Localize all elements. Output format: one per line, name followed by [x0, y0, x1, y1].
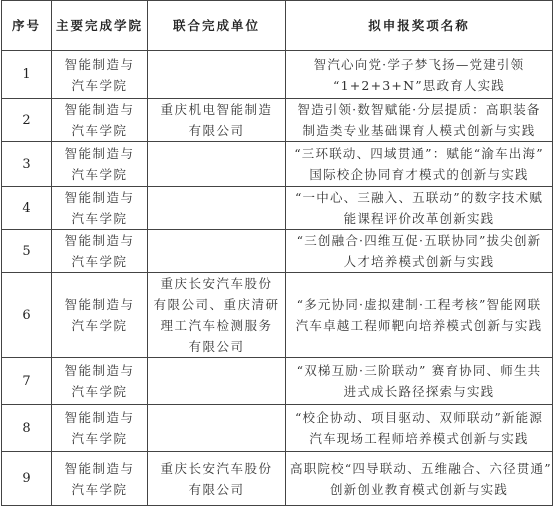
cell-award: 高职院校“四导联动、五维融合、六径贯通”创新创业教育模式创新与实践 [286, 452, 553, 501]
cell-award: “双梯互励·三阶联动” 赛育协同、师生共进式成长路径探索与实践 [286, 358, 553, 405]
table-row: 1智能制造与汽车学院智汽心向党·学子梦飞扬—党建引领“1+2+3+N”思政育人实… [2, 51, 553, 99]
header-college: 主要完成学院 [52, 1, 148, 51]
cell-award-line: “多元协同·虚拟建制·工程考核”智能网联 [290, 294, 548, 315]
cell-college-line: 智能制造与 [56, 187, 143, 208]
cell-award: “三环联动、四域贯通”：赋能“渝车出海”国际校企协同育才模式的创新与实践 [286, 142, 553, 187]
cell-partner-line: 理工汽车检测服务 [152, 315, 281, 336]
header-no: 序号 [2, 1, 52, 51]
cell-college-line: 汽车学院 [56, 164, 143, 185]
cell-college: 智能制造与汽车学院 [52, 99, 148, 142]
cell-award-line: “1+2+3+N”思政育人实践 [290, 75, 548, 96]
cell-college-line: 智能制造与 [56, 54, 143, 75]
cell-college-line: 汽车学院 [56, 381, 143, 402]
cell-college: 智能制造与汽车学院 [52, 273, 148, 358]
cell-award: 智造引领·数智赋能·分层提质：高职装备制造类专业基础课育人模式创新与实践 [286, 99, 553, 142]
cell-award-line: “三环联动、四域贯通”：赋能“渝车出海” [290, 143, 548, 164]
header-partner: 联合完成单位 [148, 1, 286, 51]
awards-table: 序号 主要完成学院 联合完成单位 拟申报奖项名称 1智能制造与汽车学院智汽心向党… [1, 0, 553, 500]
cell-award-line: “一中心、三融入、五联动”的数字技术赋 [290, 187, 548, 208]
cell-college-line: 汽车学院 [56, 315, 143, 336]
cell-award: “多元协同·虚拟建制·工程考核”智能网联汽车卓越工程师靶向培养模式创新与实践 [286, 273, 553, 358]
cell-no: 5 [2, 230, 52, 273]
header-row: 序号 主要完成学院 联合完成单位 拟申报奖项名称 [2, 1, 553, 51]
cell-college-line: 汽车学院 [56, 75, 143, 96]
cell-college-line: 汽车学院 [56, 120, 143, 141]
cell-partner-line: 有限公司 [152, 336, 281, 357]
cell-partner-line: 重庆机电智能制造 [152, 99, 281, 120]
cell-partner-line: 重庆长安汽车股份 [152, 273, 281, 294]
cell-college-line: 智能制造与 [56, 99, 143, 120]
cell-college-line: 智能制造与 [56, 143, 143, 164]
cell-partner [148, 142, 286, 187]
cell-partner [148, 230, 286, 273]
cell-partner [148, 358, 286, 405]
cell-college: 智能制造与汽车学院 [52, 51, 148, 99]
cell-award-line: 创新创业教育模式创新与实践 [290, 479, 548, 500]
table-row: 5智能制造与汽车学院“三创融合·四维互促·五联协同”拔尖创新人才培养模式创新与实… [2, 230, 553, 273]
cell-award-line: 汽车卓越工程师靶向培养模式创新与实践 [290, 315, 548, 336]
cell-college-line: 智能制造与 [56, 407, 143, 428]
cell-partner [148, 51, 286, 99]
cell-partner: 重庆机电智能制造有限公司 [148, 99, 286, 142]
cell-award-line: 智汽心向党·学子梦飞扬—党建引领 [290, 54, 548, 75]
table-body: 1智能制造与汽车学院智汽心向党·学子梦飞扬—党建引领“1+2+3+N”思政育人实… [2, 51, 553, 501]
cell-college-line: 汽车学院 [56, 479, 143, 500]
table-row: 7智能制造与汽车学院“双梯互励·三阶联动” 赛育协同、师生共进式成长路径探索与实… [2, 358, 553, 405]
cell-college: 智能制造与汽车学院 [52, 187, 148, 230]
cell-college-line: 汽车学院 [56, 428, 143, 449]
cell-college: 智能制造与汽车学院 [52, 405, 148, 452]
cell-award: “三创融合·四维互促·五联协同”拔尖创新人才培养模式创新与实践 [286, 230, 553, 273]
cell-award-line: 人才培养模式创新与实践 [290, 251, 548, 272]
cell-college: 智能制造与汽车学院 [52, 230, 148, 273]
cell-award-line: 能课程评价改革创新实践 [290, 208, 548, 229]
cell-partner-line: 有限公司、重庆清研 [152, 294, 281, 315]
cell-partner-line: 重庆长安汽车股份 [152, 458, 281, 479]
table-row: 2智能制造与汽车学院重庆机电智能制造有限公司智造引领·数智赋能·分层提质：高职装… [2, 99, 553, 142]
cell-no: 1 [2, 51, 52, 99]
cell-college: 智能制造与汽车学院 [52, 142, 148, 187]
cell-award-line: 进式成长路径探索与实践 [290, 381, 548, 402]
cell-no: 4 [2, 187, 52, 230]
cell-no: 8 [2, 405, 52, 452]
cell-award-line: 国际校企协同育才模式的创新与实践 [290, 164, 548, 185]
cell-partner: 重庆长安汽车股份有限公司、重庆清研理工汽车检测服务有限公司 [148, 273, 286, 358]
cell-no: 7 [2, 358, 52, 405]
cell-partner-line: 有限公司 [152, 120, 281, 141]
table-row: 6智能制造与汽车学院重庆长安汽车股份有限公司、重庆清研理工汽车检测服务有限公司“… [2, 273, 553, 358]
cell-award-line: 汽车现场工程师培养模式创新与实践 [290, 428, 548, 449]
cell-no: 3 [2, 142, 52, 187]
cell-award-line: “三创融合·四维互促·五联协同”拔尖创新 [290, 230, 548, 251]
table-row: 4智能制造与汽车学院“一中心、三融入、五联动”的数字技术赋能课程评价改革创新实践 [2, 187, 553, 230]
cell-college-line: 汽车学院 [56, 251, 143, 272]
cell-college: 智能制造与汽车学院 [52, 452, 148, 501]
header-award: 拟申报奖项名称 [286, 1, 553, 51]
cell-no: 2 [2, 99, 52, 142]
cell-college-line: 智能制造与 [56, 294, 143, 315]
cell-college-line: 智能制造与 [56, 458, 143, 479]
table-row: 8智能制造与汽车学院“校企协动、项目驱动、双师联动”新能源汽车现场工程师培养模式… [2, 405, 553, 452]
cell-award-line: “校企协动、项目驱动、双师联动”新能源 [290, 407, 548, 428]
table-row: 9智能制造与汽车学院重庆长安汽车股份有限公司高职院校“四导联动、五维融合、六径贯… [2, 452, 553, 501]
cell-award: “校企协动、项目驱动、双师联动”新能源汽车现场工程师培养模式创新与实践 [286, 405, 553, 452]
cell-award-line: 高职院校“四导联动、五维融合、六径贯通” [290, 458, 548, 479]
cell-partner [148, 187, 286, 230]
cell-award-line: “双梯互励·三阶联动” 赛育协同、师生共 [290, 360, 548, 381]
cell-no: 9 [2, 452, 52, 501]
cell-partner: 重庆长安汽车股份有限公司 [148, 452, 286, 501]
cell-college-line: 智能制造与 [56, 360, 143, 381]
table-row: 3智能制造与汽车学院“三环联动、四域贯通”：赋能“渝车出海”国际校企协同育才模式… [2, 142, 553, 187]
cell-college: 智能制造与汽车学院 [52, 358, 148, 405]
cell-partner-line: 有限公司 [152, 479, 281, 500]
cell-award: 智汽心向党·学子梦飞扬—党建引领“1+2+3+N”思政育人实践 [286, 51, 553, 99]
cell-award-line: 制造类专业基础课育人模式创新与实践 [290, 120, 548, 141]
cell-college-line: 汽车学院 [56, 208, 143, 229]
cell-award: “一中心、三融入、五联动”的数字技术赋能课程评价改革创新实践 [286, 187, 553, 230]
cell-no: 6 [2, 273, 52, 358]
cell-partner [148, 405, 286, 452]
cell-college-line: 智能制造与 [56, 230, 143, 251]
cell-award-line: 智造引领·数智赋能·分层提质：高职装备 [290, 99, 548, 120]
